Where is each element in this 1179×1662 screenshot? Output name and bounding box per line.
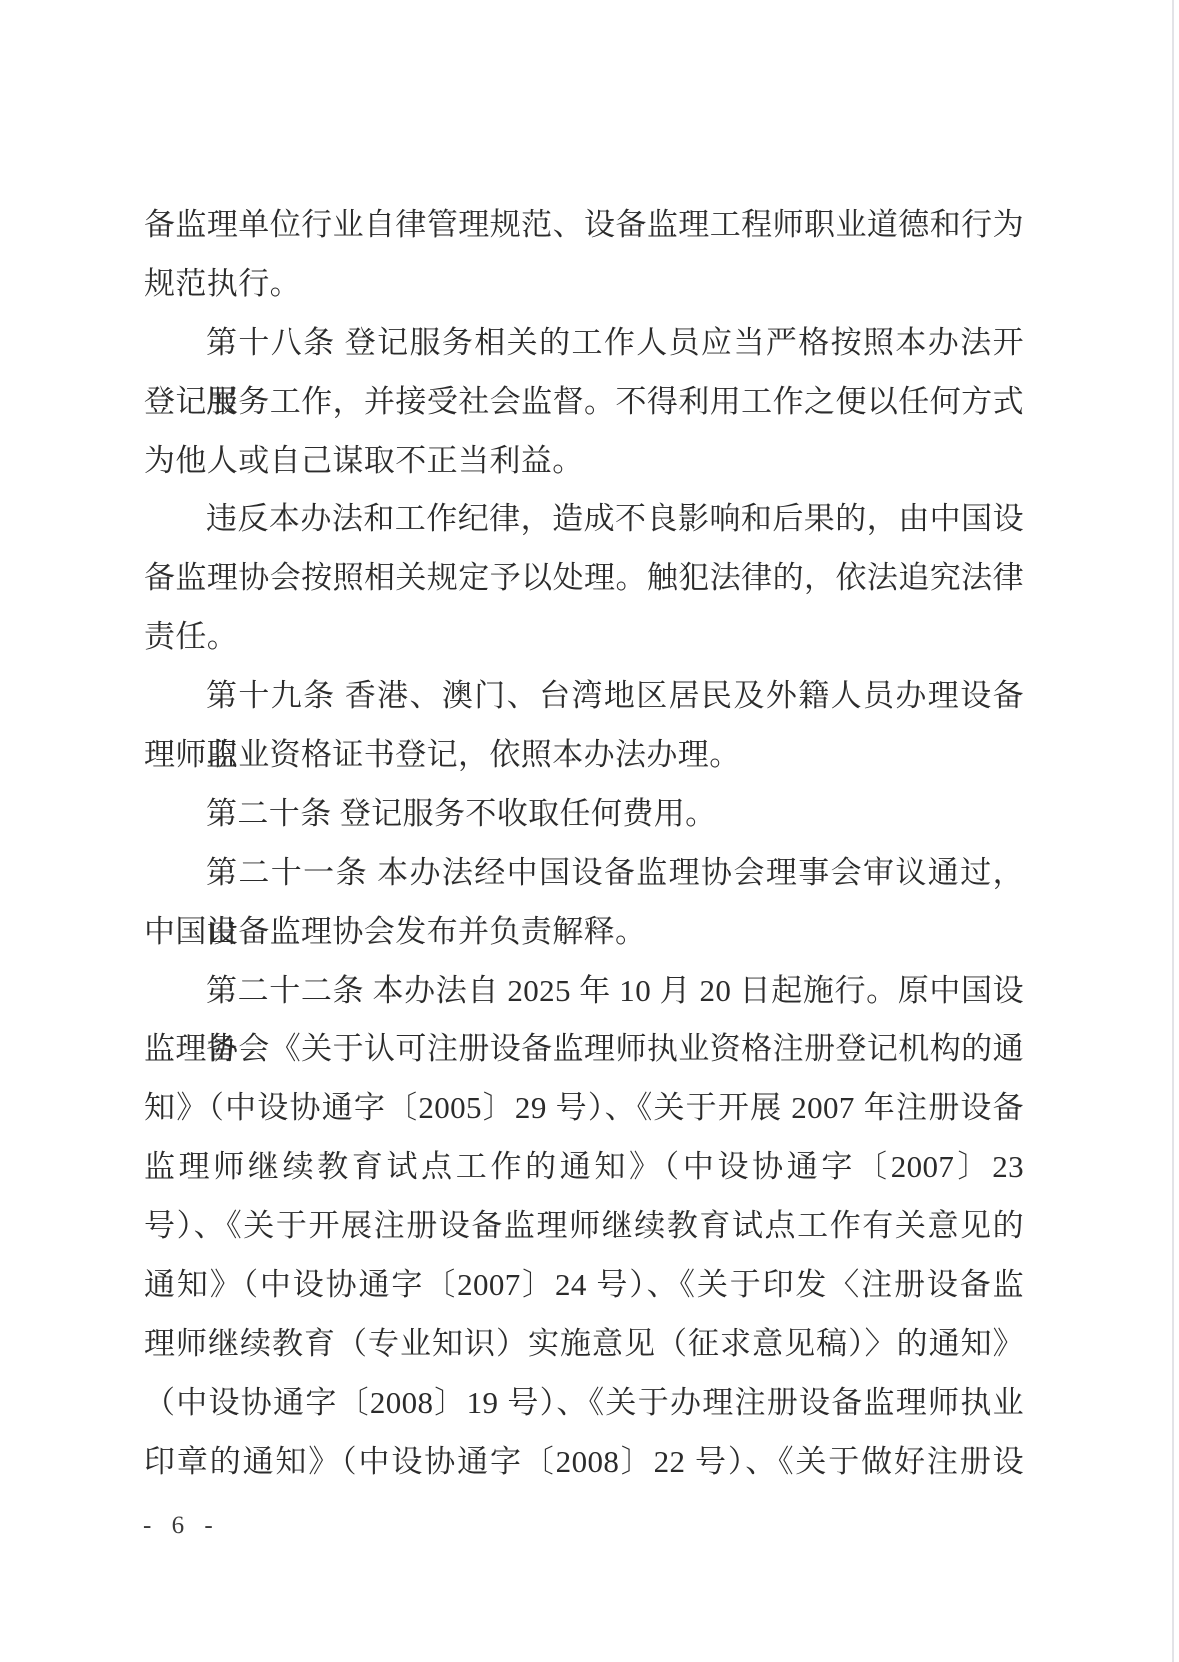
text-line: 知》（中设协通字〔2005〕29 号）、《关于开展 2007 年注册设备 bbox=[144, 1079, 1024, 1138]
text-line: 责任。 bbox=[144, 608, 1024, 667]
text-line: 号）、《关于开展注册设备监理师继续教育试点工作有关意见的 bbox=[144, 1197, 1024, 1256]
scan-edge-line bbox=[1172, 0, 1174, 1662]
text-line: 第十九条 香港、澳门、台湾地区居民及外籍人员办理设备监 bbox=[144, 667, 1024, 726]
text-line: 印章的通知》（中设协通字〔2008〕22 号）、《关于做好注册设 bbox=[144, 1433, 1024, 1492]
text-line: 监理协会《关于认可注册设备监理师执业资格注册登记机构的通 bbox=[144, 1020, 1024, 1079]
text-line: 理师职业资格证书登记，依照本办法办理。 bbox=[144, 726, 1024, 785]
text-line: 通知》（中设协通字〔2007〕24 号）、《关于印发〈注册设备监 bbox=[144, 1256, 1024, 1315]
page-body-text: 备监理单位行业自律管理规范、设备监理工程师职业道德和行为规范执行。第十八条 登记… bbox=[144, 196, 1024, 1492]
text-line: 规范执行。 bbox=[144, 255, 1024, 314]
text-line: 登记服务工作，并接受社会监督。不得利用工作之便以任何方式 bbox=[144, 373, 1024, 432]
text-line: 监理师继续教育试点工作的通知》（中设协通字〔2007〕23 bbox=[144, 1138, 1024, 1197]
text-line: 第二十二条 本办法自 2025 年 10 月 20 日起施行。原中国设备 bbox=[144, 962, 1024, 1021]
text-line: 备监理单位行业自律管理规范、设备监理工程师职业道德和行为 bbox=[144, 196, 1024, 255]
text-line: 违反本办法和工作纪律，造成不良影响和后果的，由中国设 bbox=[144, 490, 1024, 549]
page-number: - 6 - bbox=[143, 1512, 220, 1540]
text-line: 理师继续教育（专业知识）实施意见（征求意见稿）〉的通知》 bbox=[144, 1315, 1024, 1374]
text-line: 第十八条 登记服务相关的工作人员应当严格按照本办法开展 bbox=[144, 314, 1024, 373]
text-line: （中设协通字〔2008〕19 号）、《关于办理注册设备监理师执业 bbox=[144, 1374, 1024, 1433]
text-line: 第二十一条 本办法经中国设备监理协会理事会审议通过，由 bbox=[144, 844, 1024, 903]
document-page: 备监理单位行业自律管理规范、设备监理工程师职业道德和行为规范执行。第十八条 登记… bbox=[0, 0, 1179, 1662]
text-line: 中国设备监理协会发布并负责解释。 bbox=[144, 903, 1024, 962]
text-line: 第二十条 登记服务不收取任何费用。 bbox=[144, 785, 1024, 844]
text-line: 备监理协会按照相关规定予以处理。触犯法律的，依法追究法律 bbox=[144, 549, 1024, 608]
text-line: 为他人或自己谋取不正当利益。 bbox=[144, 432, 1024, 491]
